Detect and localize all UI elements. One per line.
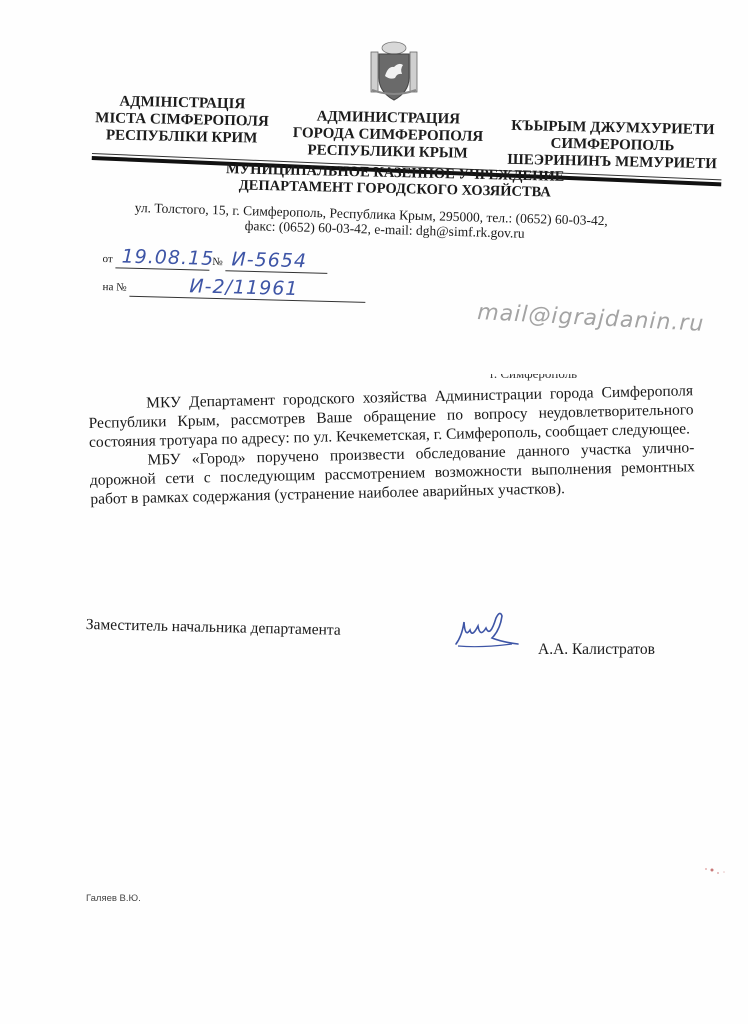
letterhead-crimean-tatar: КЪЫРЫМ ДЖУМХУРИЕТИ СИМФЕРОПОЛЬ ШЕЭРИНИНЪ… bbox=[504, 118, 720, 173]
letterhead-line: РЕСПУБЛІКИ КРИМ bbox=[91, 127, 271, 148]
outgoing-reference: от 19.08.15 № И-5654 bbox=[102, 245, 327, 274]
letterhead-ukrainian: АДМІНІСТРАЦІЯ МІСТА СІМФЕРОПОЛЯ РЕСПУБЛІ… bbox=[91, 93, 272, 148]
signatory-title: Заместитель начальника департамента bbox=[86, 616, 341, 640]
letter-page: АДМІНІСТРАЦІЯ МІСТА СІМФЕРОПОЛЯ РЕСПУБЛІ… bbox=[0, 0, 748, 1024]
handwritten-reply-number: И-2/11961 bbox=[129, 274, 366, 303]
coat-of-arms-icon bbox=[368, 40, 420, 102]
reply-label: на № bbox=[102, 281, 126, 294]
recipient-city-text: г. Симферополь bbox=[490, 374, 577, 382]
letterhead-russian: АДМИНИСТРАЦИЯ ГОРОДА СИМФЕРОПОЛЯ РЕСПУБЛ… bbox=[287, 108, 488, 163]
ink-speck-decoration bbox=[700, 864, 730, 878]
number-label: № bbox=[212, 256, 223, 268]
handwritten-date: 19.08.15 bbox=[115, 245, 210, 270]
incoming-reference: на № И-2/11961 bbox=[102, 273, 365, 303]
from-label: от bbox=[102, 253, 112, 265]
recipient-email-handwritten: mail@igrajdanin.ru bbox=[477, 300, 705, 337]
handwritten-number: И-5654 bbox=[225, 248, 328, 274]
letterhead-line: РЕСПУБЛИКИ КРЫМ bbox=[287, 142, 487, 163]
executor-name: Галяев В.Ю. bbox=[86, 893, 141, 904]
recipient-city-partial: г. Симферополь bbox=[490, 374, 577, 383]
signature-mark-icon bbox=[452, 608, 522, 650]
letter-body: МКУ Департамент городского хозяйства Адм… bbox=[88, 381, 695, 509]
signatory-name: А.А. Калистратов bbox=[538, 641, 655, 659]
